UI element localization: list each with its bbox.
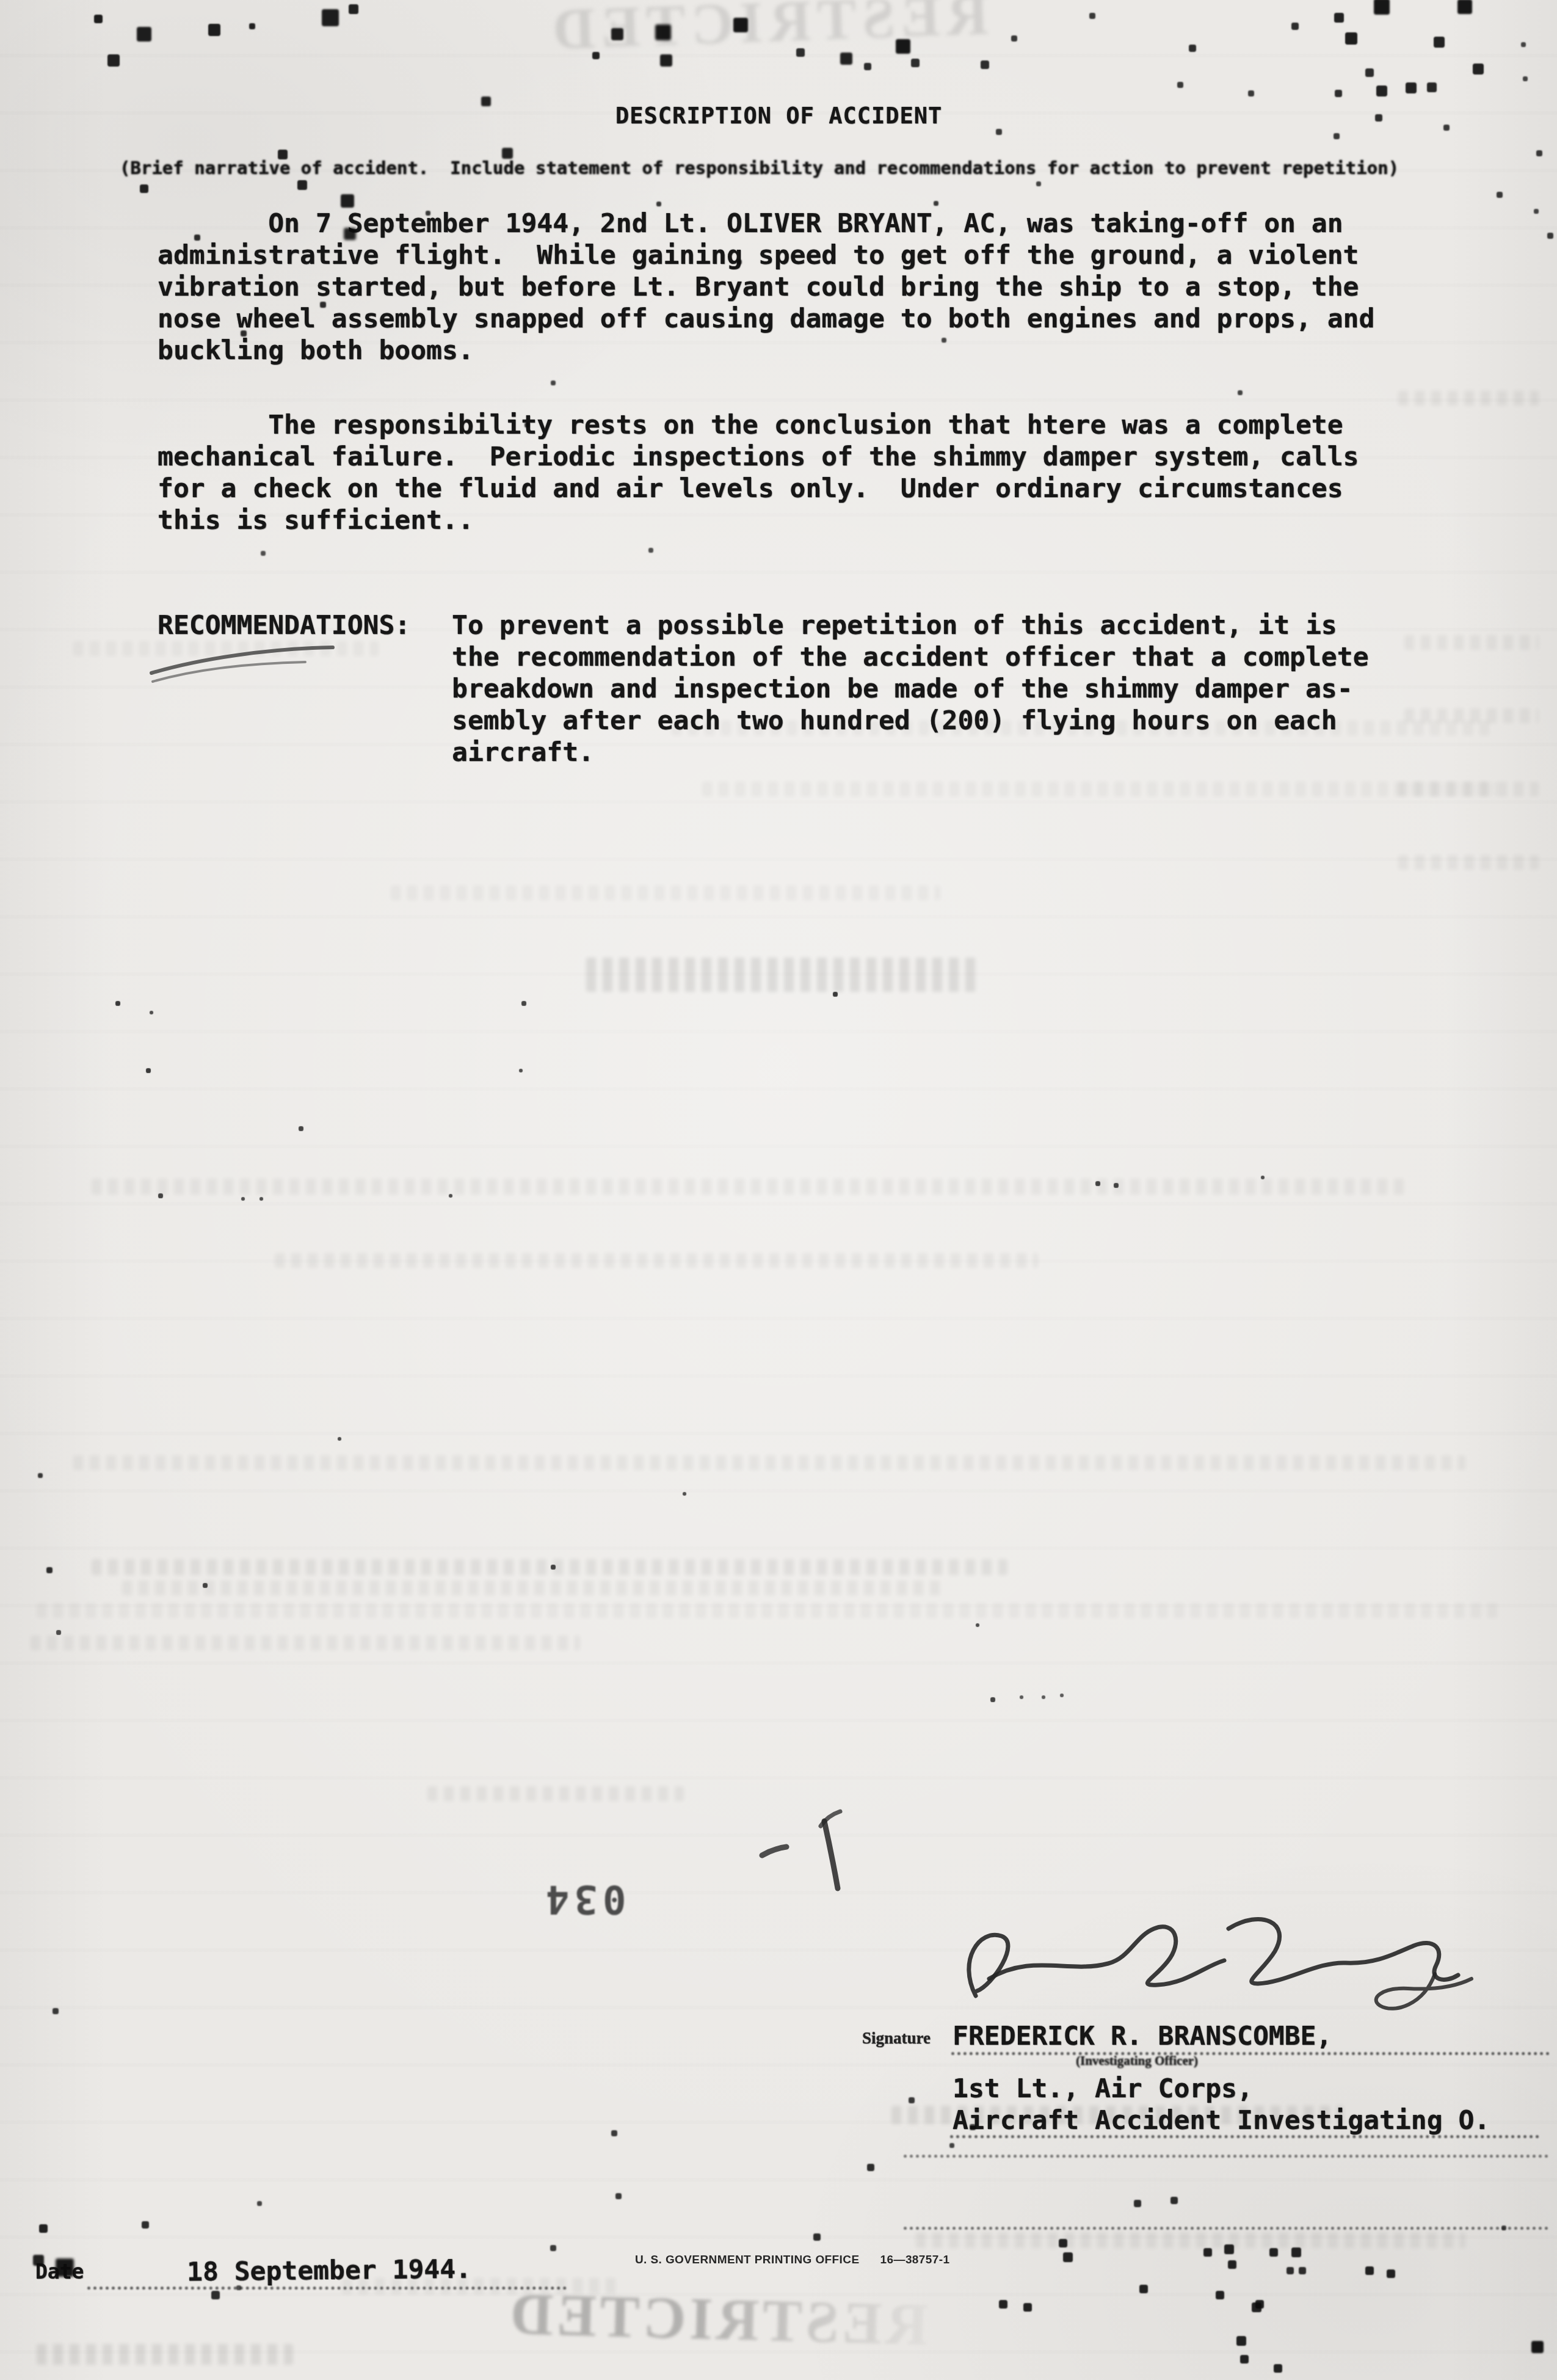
bleedthrough-text-ghost — [1398, 782, 1539, 796]
signatory-name-typed: FREDERICK R. BRANSCOMBE, — [953, 2020, 1332, 2052]
bleedthrough-text-ghost — [275, 1253, 1038, 1268]
bleedthrough-text-ghost — [916, 2232, 1465, 2248]
bleedthrough-text-ghost — [92, 1559, 1007, 1575]
investigating-officer-note: (Investigating Officer) — [1076, 2053, 1198, 2069]
archive-stamp-number: 034 — [541, 1876, 626, 1921]
government-printing-office-line: U. S. GOVERNMENT PRINTING OFFICE 16—3875… — [635, 2254, 949, 2267]
bleedthrough-text-ghost — [427, 1786, 684, 1801]
handwritten-page-number — [751, 1808, 861, 1899]
recommendations-underline-squiggle — [147, 641, 342, 690]
dotted-rule — [87, 2287, 567, 2290]
signatory-title-line: Aircraft Accident Investigating O. — [953, 2105, 1490, 2136]
bleedthrough-text-ghost — [1404, 708, 1539, 723]
bleedthrough-text-ghost — [391, 886, 940, 900]
bleedthrough-text-ghost — [73, 1455, 1465, 1470]
recommendations-label: RECOMMENDATIONS: — [158, 610, 410, 641]
dotted-rule — [904, 2227, 1548, 2230]
signatory-rank-line: 1st Lt., Air Corps, — [953, 2073, 1253, 2105]
narrative-paragraph-2: The responsibility rests on the conclusi… — [158, 409, 1359, 536]
ink-specks — [0, 0, 1, 1]
recommendations-text: To prevent a possible repetition of this… — [452, 610, 1369, 768]
bleedthrough-text-ghost — [37, 1603, 1502, 1618]
narrative-paragraph-1: On 7 September 1944, 2nd Lt. OLIVER BRYA… — [158, 208, 1374, 366]
signature-field-label: Signature — [862, 2029, 931, 2048]
bleedthrough-text-ghost — [1404, 635, 1539, 650]
scanned-accident-report-page: RESTRICTED RESTRICTED DESCRIPTION OF ACC… — [0, 0, 1557, 2380]
section-title: DESCRIPTION OF ACCIDENT — [615, 103, 942, 129]
bleedthrough-text-ghost — [702, 782, 1496, 796]
form-instruction-line: (Brief narrative of accident. Include st… — [120, 158, 1399, 178]
handwritten-signature — [953, 1918, 1502, 2025]
dotted-rule — [904, 2155, 1548, 2158]
bleedthrough-text-ghost — [37, 2344, 293, 2365]
date-field-label: Date — [35, 2260, 84, 2284]
bleedthrough-text-ghost — [1398, 855, 1539, 870]
bleedthrough-text-ghost — [31, 1636, 580, 1650]
dotted-rule — [950, 2135, 1539, 2138]
bleedthrough-restricted-stamp-top: RESTRICTED — [545, 0, 990, 64]
dotted-rule — [951, 2052, 1550, 2055]
bleedthrough-text-ghost — [586, 958, 977, 992]
bleedthrough-text-ghost — [1398, 391, 1539, 406]
bleedthrough-text-ghost — [92, 1179, 1404, 1195]
bleedthrough-text-ghost — [122, 1581, 946, 1595]
date-value: 18 September 1944. — [187, 2254, 472, 2288]
